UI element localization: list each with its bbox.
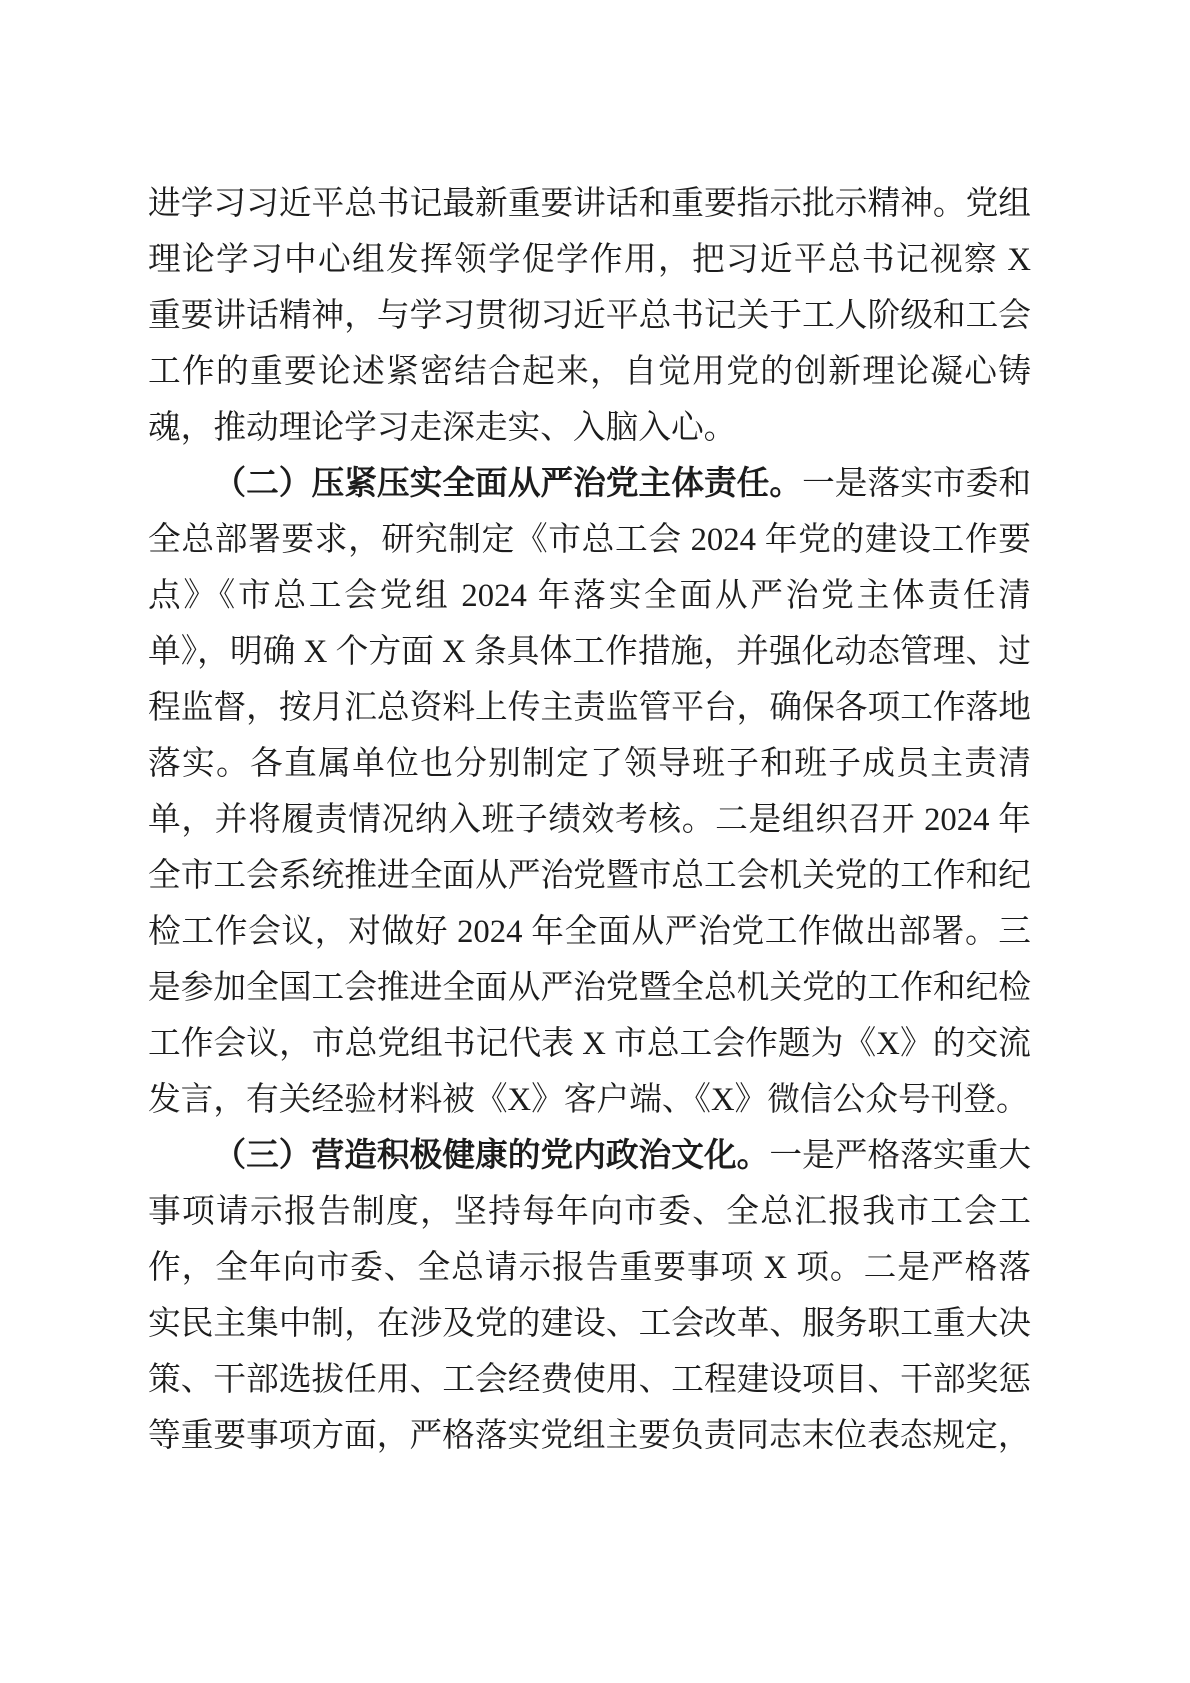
paragraph-section-3: （三）营造积极健康的党内政治文化。一是严格落实重大事项请示报告制度，坚持每年向市… bbox=[148, 1128, 1031, 1464]
section-heading: （三）营造积极健康的党内政治文化。 bbox=[213, 1138, 769, 1174]
document-text-area: 进学习习近平总书记最新重要讲话和重要指示批示精神。党组理论学习中心组发挥领学促学… bbox=[148, 176, 1031, 1464]
paragraph-body: 进学习习近平总书记最新重要讲话和重要指示批示精神。党组理论学习中心组发挥领学促学… bbox=[148, 186, 1031, 446]
section-heading: （二）压紧压实全面从严治党主体责任。 bbox=[213, 466, 802, 502]
paragraph-continuation: 进学习习近平总书记最新重要讲话和重要指示批示精神。党组理论学习中心组发挥领学促学… bbox=[148, 176, 1031, 456]
paragraph-body: 一是落实市委和全总部署要求，研究制定《市总工会 2024 年党的建设工作要点》《… bbox=[148, 466, 1031, 1118]
paragraph-section-2: （二）压紧压实全面从严治党主体责任。一是落实市委和全总部署要求，研究制定《市总工… bbox=[148, 456, 1031, 1128]
document-page: 进学习习近平总书记最新重要讲话和重要指示批示精神。党组理论学习中心组发挥领学促学… bbox=[0, 0, 1190, 1683]
paragraph-body: 一是严格落实重大事项请示报告制度，坚持每年向市委、全总汇报我市工会工作，全年向市… bbox=[148, 1138, 1031, 1454]
